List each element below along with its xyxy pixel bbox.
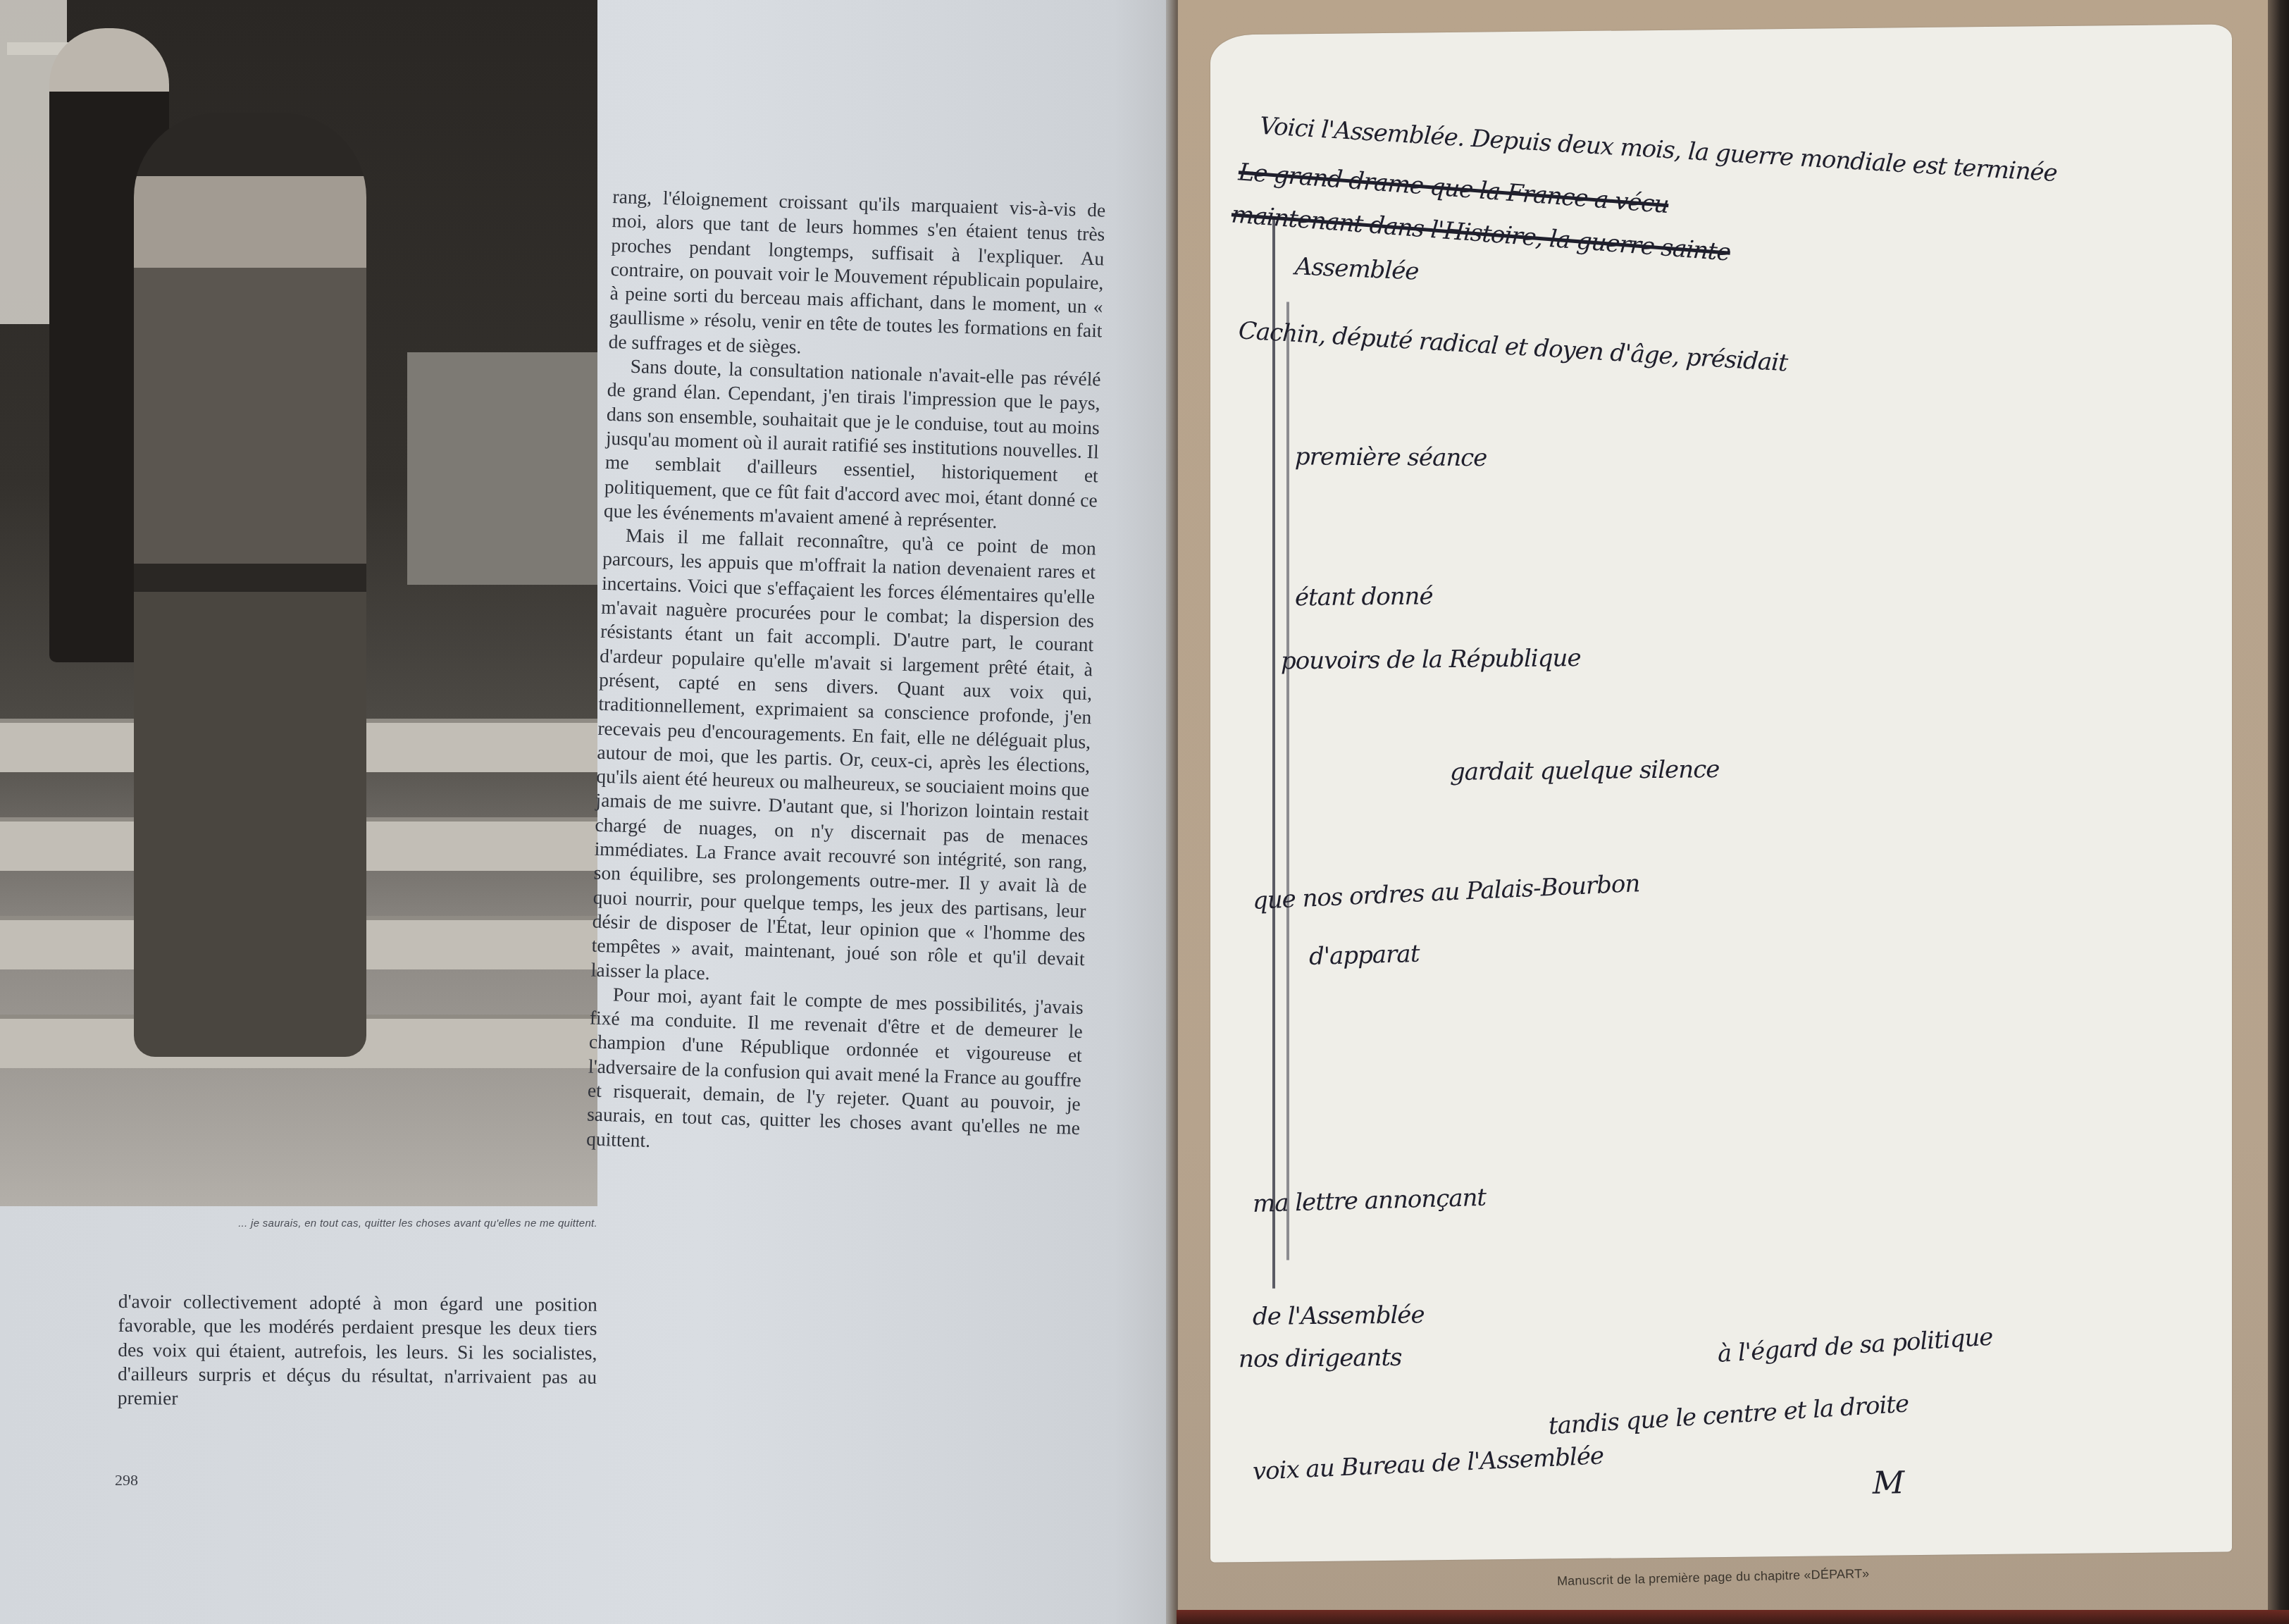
manuscript-line: ma lettre annonçant [1253, 1163, 2232, 1218]
manuscript-line: première séance [1295, 442, 2232, 477]
paragraph: Pour moi, ayant fait le compte de mes po… [586, 981, 1084, 1165]
manuscript-signature: M [1873, 1465, 1904, 1501]
manuscript-line: d'apparat [1309, 917, 2232, 972]
manuscript-line: pouvoirs de la République [1281, 637, 2232, 675]
page-edge [2268, 0, 2289, 1624]
manuscript-line: que nos ordres au Palais-Bourbon [1252, 843, 2232, 915]
paragraph: rang, l'éloignement croissant qu'ils mar… [608, 185, 1105, 368]
manuscript-line: gardait quelque silence [1450, 750, 2232, 786]
book-cover-edge [1177, 1610, 2289, 1624]
manuscript-line: étant donné [1295, 574, 2232, 612]
manuscript-line: Cachin, député radical et doyen d'âge, p… [1238, 316, 2231, 404]
text-column-bottom: d'avoir collectivement adopté à mon égar… [118, 1289, 597, 1413]
text-column-right: rang, l'éloignement croissant qu'ils mar… [586, 185, 1106, 1165]
paragraph: Sans doute, la consultation nationale n'… [604, 354, 1101, 537]
manuscript-facsimile: Voici l'Assemblée. Depuis deux mois, la … [1210, 24, 2232, 1562]
photo-stone-wall [407, 352, 597, 585]
paragraph: d'avoir collectivement adopté à mon égar… [118, 1289, 597, 1413]
photo-general-figure [134, 113, 366, 1057]
photo-caption: ... je saurais, en tout cas, quitter les… [0, 1217, 597, 1229]
open-book-spread: ... je saurais, en tout cas, quitter les… [0, 0, 2289, 1624]
paragraph: Mais il me fallait reconnaître, qu'à ce … [590, 523, 1096, 996]
photograph-de-gaulle [0, 0, 597, 1206]
manuscript-margin-line [1286, 302, 1289, 1260]
left-page: ... je saurais, en tout cas, quitter les… [0, 0, 1173, 1624]
page-number: 298 [115, 1471, 138, 1489]
manuscript-margin-line [1272, 218, 1275, 1289]
